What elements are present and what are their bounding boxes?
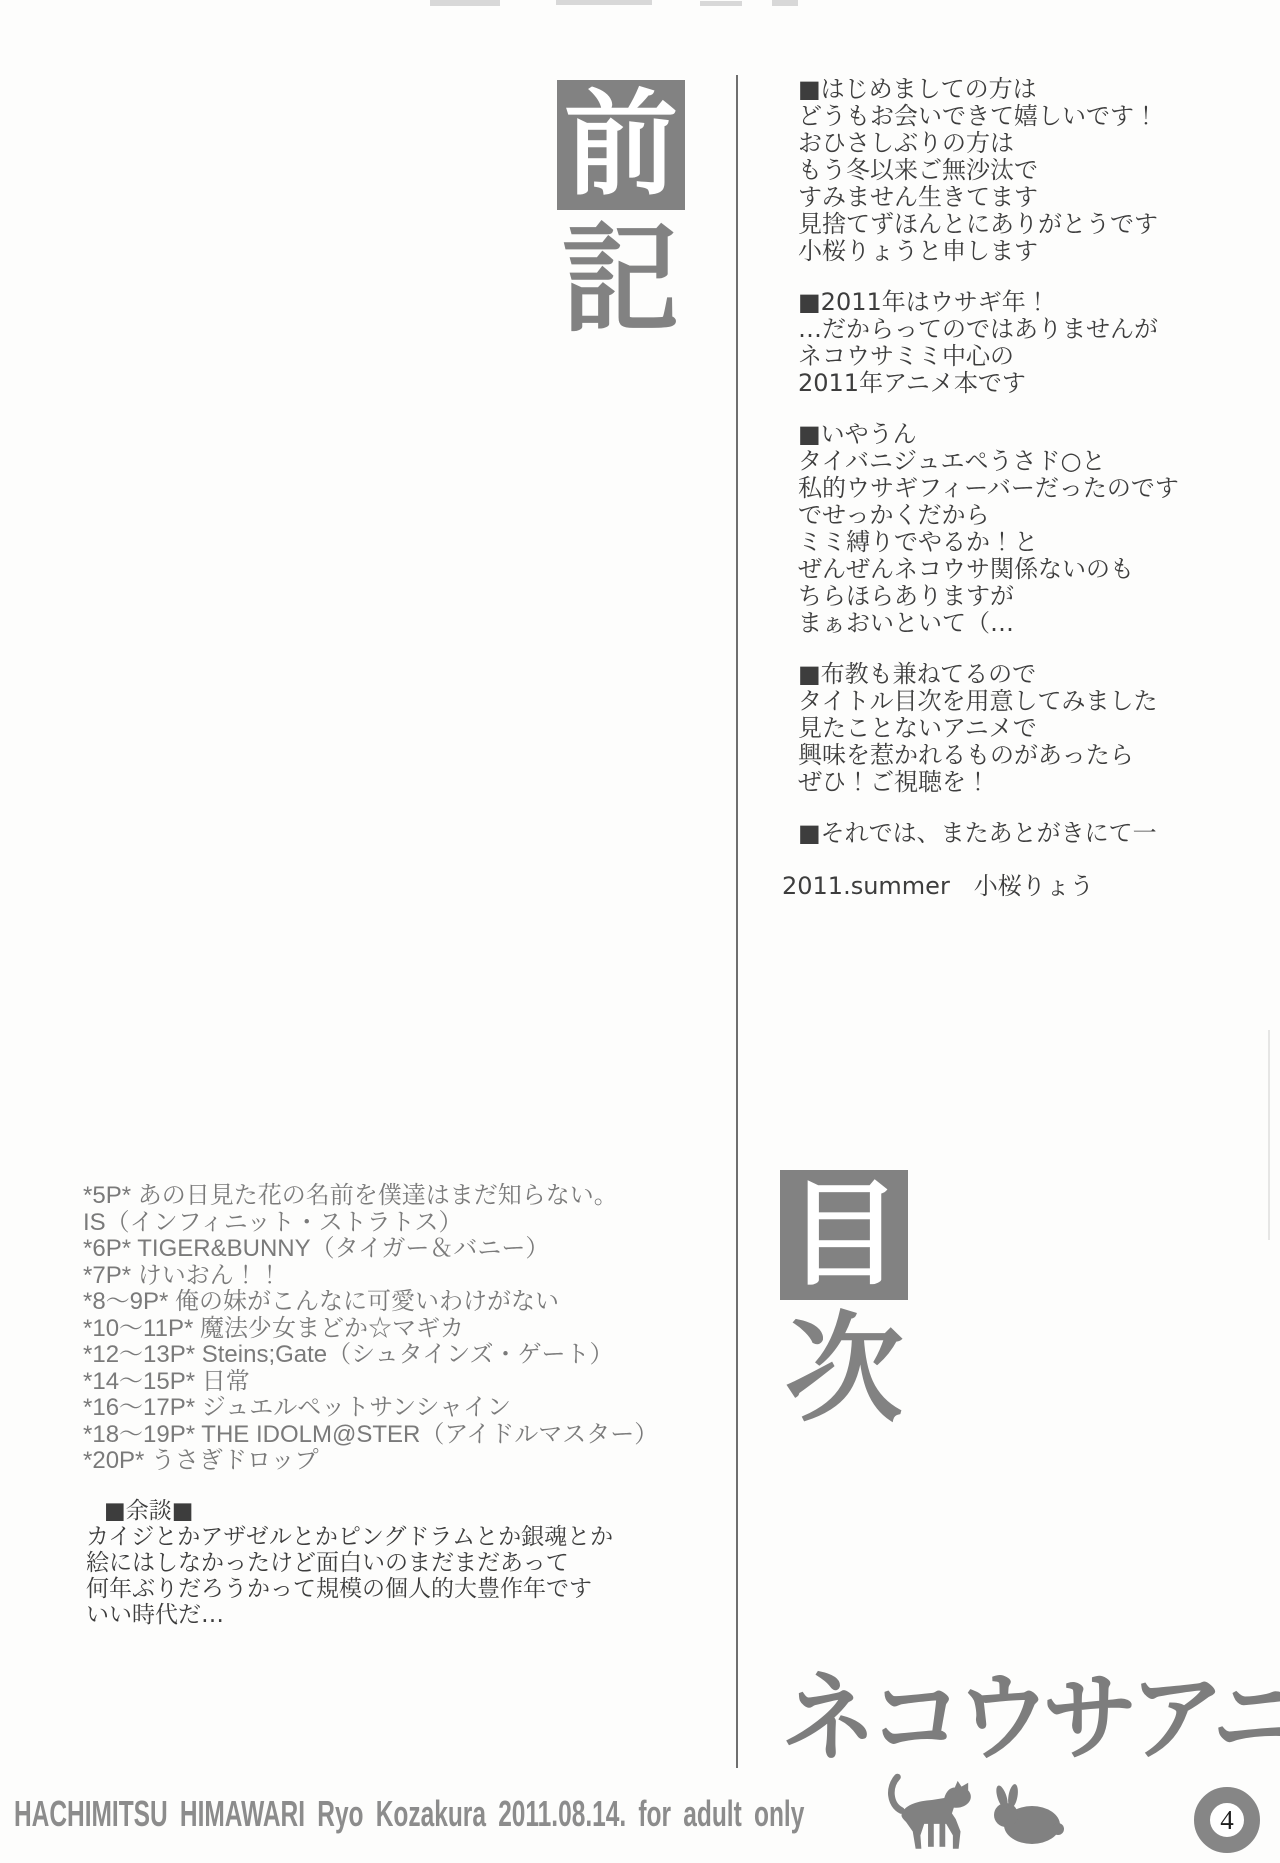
text-line: IS（インフィニット・ストラトス） [83, 1210, 643, 1237]
text-line: 興味を惹かれるものがあったら [798, 742, 1238, 769]
text-line: 私的ウサギフィーバーだったのです [798, 475, 1238, 502]
text-line: *18～19P* THE IDOLM@STER（アイドルマスター） [83, 1422, 643, 1449]
text-line: でせっかくだから [798, 502, 1238, 529]
text-line: いい時代だ… [86, 1602, 646, 1628]
text-line: もう冬以来ご無沙汰で [798, 157, 1238, 184]
cat-silhouette-icon [886, 1768, 972, 1852]
text-line: ■いやうん [798, 421, 1238, 448]
toc-heading-plain-char: 次 [780, 1306, 908, 1432]
text-line: *5P* あの日見た花の名前を僕達はまだ知らない。 [83, 1183, 643, 1210]
aside-note: ■余談■カイジとかアザゼルとかピングドラムとか銀魂とか絵にはしなかったけど面白い… [86, 1498, 646, 1628]
text-line: ミミ縛りでやるか！と [798, 529, 1238, 556]
text-line: タイトル目次を用意してみました [798, 688, 1238, 715]
text-line: ■布教も兼ねてるので [798, 661, 1238, 688]
intro-paragraph: ■2011年はウサギ年！…だからってのではありませんがネコウサミミ中心の2011… [798, 289, 1238, 397]
text-line: ■それでは、またあとがきにて一 [798, 820, 1238, 847]
scanned-doujin-page: 前 記 ■はじめましての方はどうもお会いできて嬉しいです！おひさしぶりの方はもう… [0, 0, 1280, 1863]
rabbit-silhouette-icon [990, 1784, 1066, 1846]
preface-heading-boxed-char: 前 [557, 80, 685, 210]
text-line: 見たことないアニメで [798, 715, 1238, 742]
text-line: すみません生きてます [798, 184, 1238, 211]
intro-text-column: ■はじめましての方はどうもお会いできて嬉しいです！おひさしぶりの方はもう冬以来ご… [798, 76, 1238, 900]
text-line: ぜひ！ご視聴を！ [798, 769, 1238, 796]
text-line: 絵にはしなかったけど面白いのまだまだあって [86, 1550, 646, 1576]
text-line: まぁおいといて（… [798, 610, 1238, 637]
text-line: *10～11P* 魔法少女まどか☆マギカ [83, 1316, 643, 1343]
text-line: 2011年アニメ本です [798, 370, 1238, 397]
text-line: *14～15P* 日常 [83, 1369, 643, 1396]
nekousa-logo-text: ネコウサアニ [781, 1668, 1280, 1768]
scan-artifact [772, 0, 798, 6]
text-line: ■余談■ [86, 1498, 646, 1524]
column-divider-line [736, 75, 738, 1768]
text-line: …だからってのではありませんが [798, 316, 1238, 343]
intro-paragraph: ■はじめましての方はどうもお会いできて嬉しいです！おひさしぶりの方はもう冬以来ご… [798, 76, 1238, 265]
page-number: 4 [1220, 1807, 1234, 1834]
text-line: タイバニジュエペうさド○と [798, 448, 1238, 475]
text-line: どうもお会いできて嬉しいです！ [798, 103, 1238, 130]
text-line: *8～9P* 俺の妹がこんなに可愛いわけがない [83, 1289, 643, 1316]
text-line: *7P* けいおん！！ [83, 1263, 643, 1290]
text-line: ■はじめましての方は [798, 76, 1238, 103]
toc-heading-boxed-char: 目 [780, 1170, 908, 1300]
text-line: ■2011年はウサギ年！ [798, 289, 1238, 316]
intro-paragraph: ■布教も兼ねてるのでタイトル目次を用意してみました見たことないアニメで興味を惹か… [798, 661, 1238, 796]
page-number-badge: 4 [1194, 1787, 1260, 1853]
scan-artifact [430, 0, 500, 6]
scan-artifact [700, 1, 742, 6]
text-line: *6P* TIGER&BUNNY（タイガー＆バニー） [83, 1236, 643, 1263]
table-of-contents-list: *5P* あの日見た花の名前を僕達はまだ知らない。IS（インフィニット・ストラト… [83, 1183, 643, 1475]
preface-heading-plain-char: 記 [557, 216, 685, 342]
text-line: おひさしぶりの方は [798, 130, 1238, 157]
text-line: *16～17P* ジュエルペットサンシャイン [83, 1395, 643, 1422]
text-line: ぜんぜんネコウサ関係ないのも [798, 556, 1238, 583]
text-line: 見捨てずほんとにありがとうです [798, 211, 1238, 238]
intro-paragraphs: ■はじめましての方はどうもお会いできて嬉しいです！おひさしぶりの方はもう冬以来ご… [798, 76, 1238, 847]
text-line: ちらほらありますが [798, 583, 1238, 610]
text-line: *20P* うさぎドロップ [83, 1448, 643, 1475]
text-line: 小桜りょうと申します [798, 238, 1238, 265]
footer-credit-text: HACHIMITSU HIMAWARI Ryo Kozakura 2011.08… [14, 1794, 804, 1834]
scan-artifact [556, 0, 652, 5]
preface-heading: 前 記 [557, 80, 685, 342]
text-line: カイジとかアザゼルとかピングドラムとか銀魂とか [86, 1524, 646, 1550]
intro-paragraph: ■いやうんタイバニジュエペうさド○と私的ウサギフィーバーだったのですでせっかくだ… [798, 421, 1238, 637]
text-line: *12～13P* Steins;Gate（シュタインズ・ゲート） [83, 1342, 643, 1369]
text-line: 何年ぶりだろうかって規模の個人的大豊作年です [86, 1576, 646, 1602]
text-line: ネコウサミミ中心の [798, 343, 1238, 370]
toc-heading: 目 次 [780, 1170, 908, 1432]
scan-artifact [1268, 1030, 1270, 1240]
signature-line: 2011.summer 小桜りょう [782, 873, 1238, 900]
intro-paragraph: ■それでは、またあとがきにて一 [798, 820, 1238, 847]
